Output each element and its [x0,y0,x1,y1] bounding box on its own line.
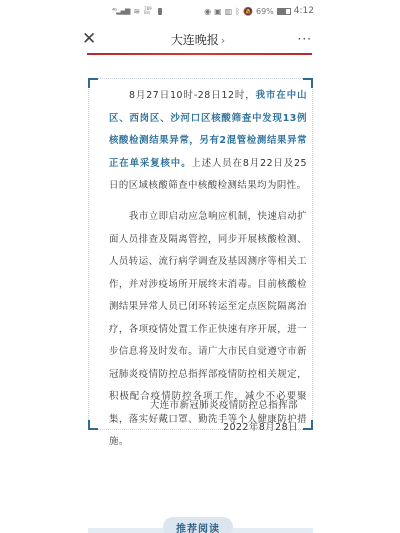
cellular-signal-icon: ⁴ᴳ▂▄▆ [112,7,129,15]
nav-bar: ✕ 大连晚报› ··· [78,24,318,54]
account-title-link[interactable]: 大连晚报› [78,31,318,48]
recommend-reading-tab[interactable]: 推荐阅读 [163,517,233,533]
vibrate-icon: ▥ [225,7,233,16]
more-options-icon[interactable]: ··· [298,32,312,46]
signature-date: 2022年8月28日 [223,419,298,433]
corner-decoration [88,78,98,88]
corner-decoration [88,420,98,430]
net-speed: 789 B/s [144,7,154,15]
clock: 4:12 [294,6,314,16]
header-divider [87,53,312,55]
eye-icon: ◉ [204,7,211,16]
chevron-right-icon: › [221,34,225,47]
bluetooth-icon: ᛒ [235,7,240,16]
article-paragraph-1: 8月27日10时-28日12时，我市在中山区、西岗区、沙河口区核酸筛查中发现13… [109,85,307,198]
battery-percent: 69% [256,7,274,16]
account-title: 大连晚报 [171,33,219,47]
mute-icon: 🔕 [243,7,253,16]
signature-organization: 大连市新冠肺炎疫情防控总指挥部 [150,397,298,411]
wifi-icon: ≋ [133,7,140,16]
status-bar: ⁴ᴳ▂▄▆ ≋ 789 B/s ◉ ▣ ▥ ᛒ 🔕 69% 4:12 [108,0,314,22]
nfc-icon: ▣ [214,7,222,16]
battery-icon [277,8,291,15]
article-paragraph-2: 我市立即启动应急响应机制，快速启动扩面人员排查及隔离管控，同步开展核酸检测、人员… [109,206,307,454]
storage-icon [158,8,162,15]
article-frame: 8月27日10时-28日12时，我市在中山区、西岗区、沙河口区核酸筛查中发现13… [88,78,313,430]
